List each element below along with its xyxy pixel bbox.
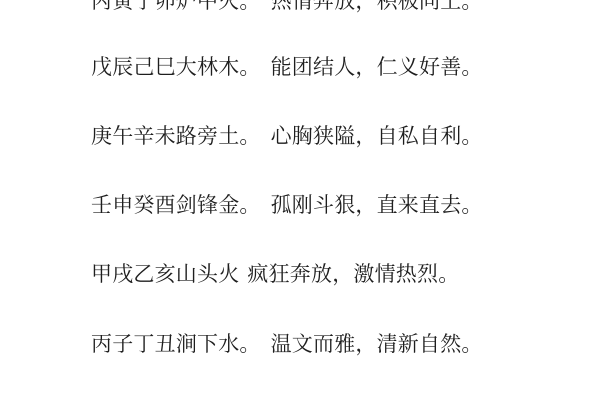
- text-line: 戊辰己巳大林木。能团结人，仁义好善。: [91, 52, 483, 82]
- nayin-description: 疯狂奔放，激情热烈。: [247, 262, 459, 286]
- text-line: 丙子丁丑涧下水。温文而雅，清新自然。: [91, 329, 483, 359]
- text-line-partial: 丙寅丁卯炉中火。热情奔放，积极向上。: [91, 0, 483, 16]
- text-line: 庚午辛未路旁土。心胸狭隘，自私自利。: [91, 121, 483, 151]
- nayin-name: 壬申癸酉剑锋金。: [91, 193, 261, 217]
- document-page: 丙寅丁卯炉中火。热情奔放，积极向上。 戊辰己巳大林木。能团结人，仁义好善。 庚午…: [0, 0, 600, 400]
- text-line: 甲戌乙亥山头火疯狂奔放，激情热烈。: [91, 259, 459, 289]
- nayin-description: 热情奔放，积极向上。: [271, 0, 483, 13]
- nayin-description: 孤刚斗狠，直来直去。: [271, 193, 483, 217]
- nayin-description: 温文而雅，清新自然。: [271, 332, 483, 356]
- nayin-description: 心胸狭隘，自私自利。: [271, 124, 483, 148]
- nayin-name: 庚午辛未路旁土。: [91, 124, 261, 148]
- nayin-name: 丙子丁丑涧下水。: [91, 332, 261, 356]
- nayin-name: 甲戌乙亥山头火: [91, 262, 239, 286]
- nayin-name: 戊辰己巳大林木。: [91, 55, 261, 79]
- text-line: 壬申癸酉剑锋金。孤刚斗狠，直来直去。: [91, 190, 483, 220]
- nayin-name: 丙寅丁卯炉中火。: [91, 0, 261, 13]
- nayin-description: 能团结人，仁义好善。: [271, 55, 483, 79]
